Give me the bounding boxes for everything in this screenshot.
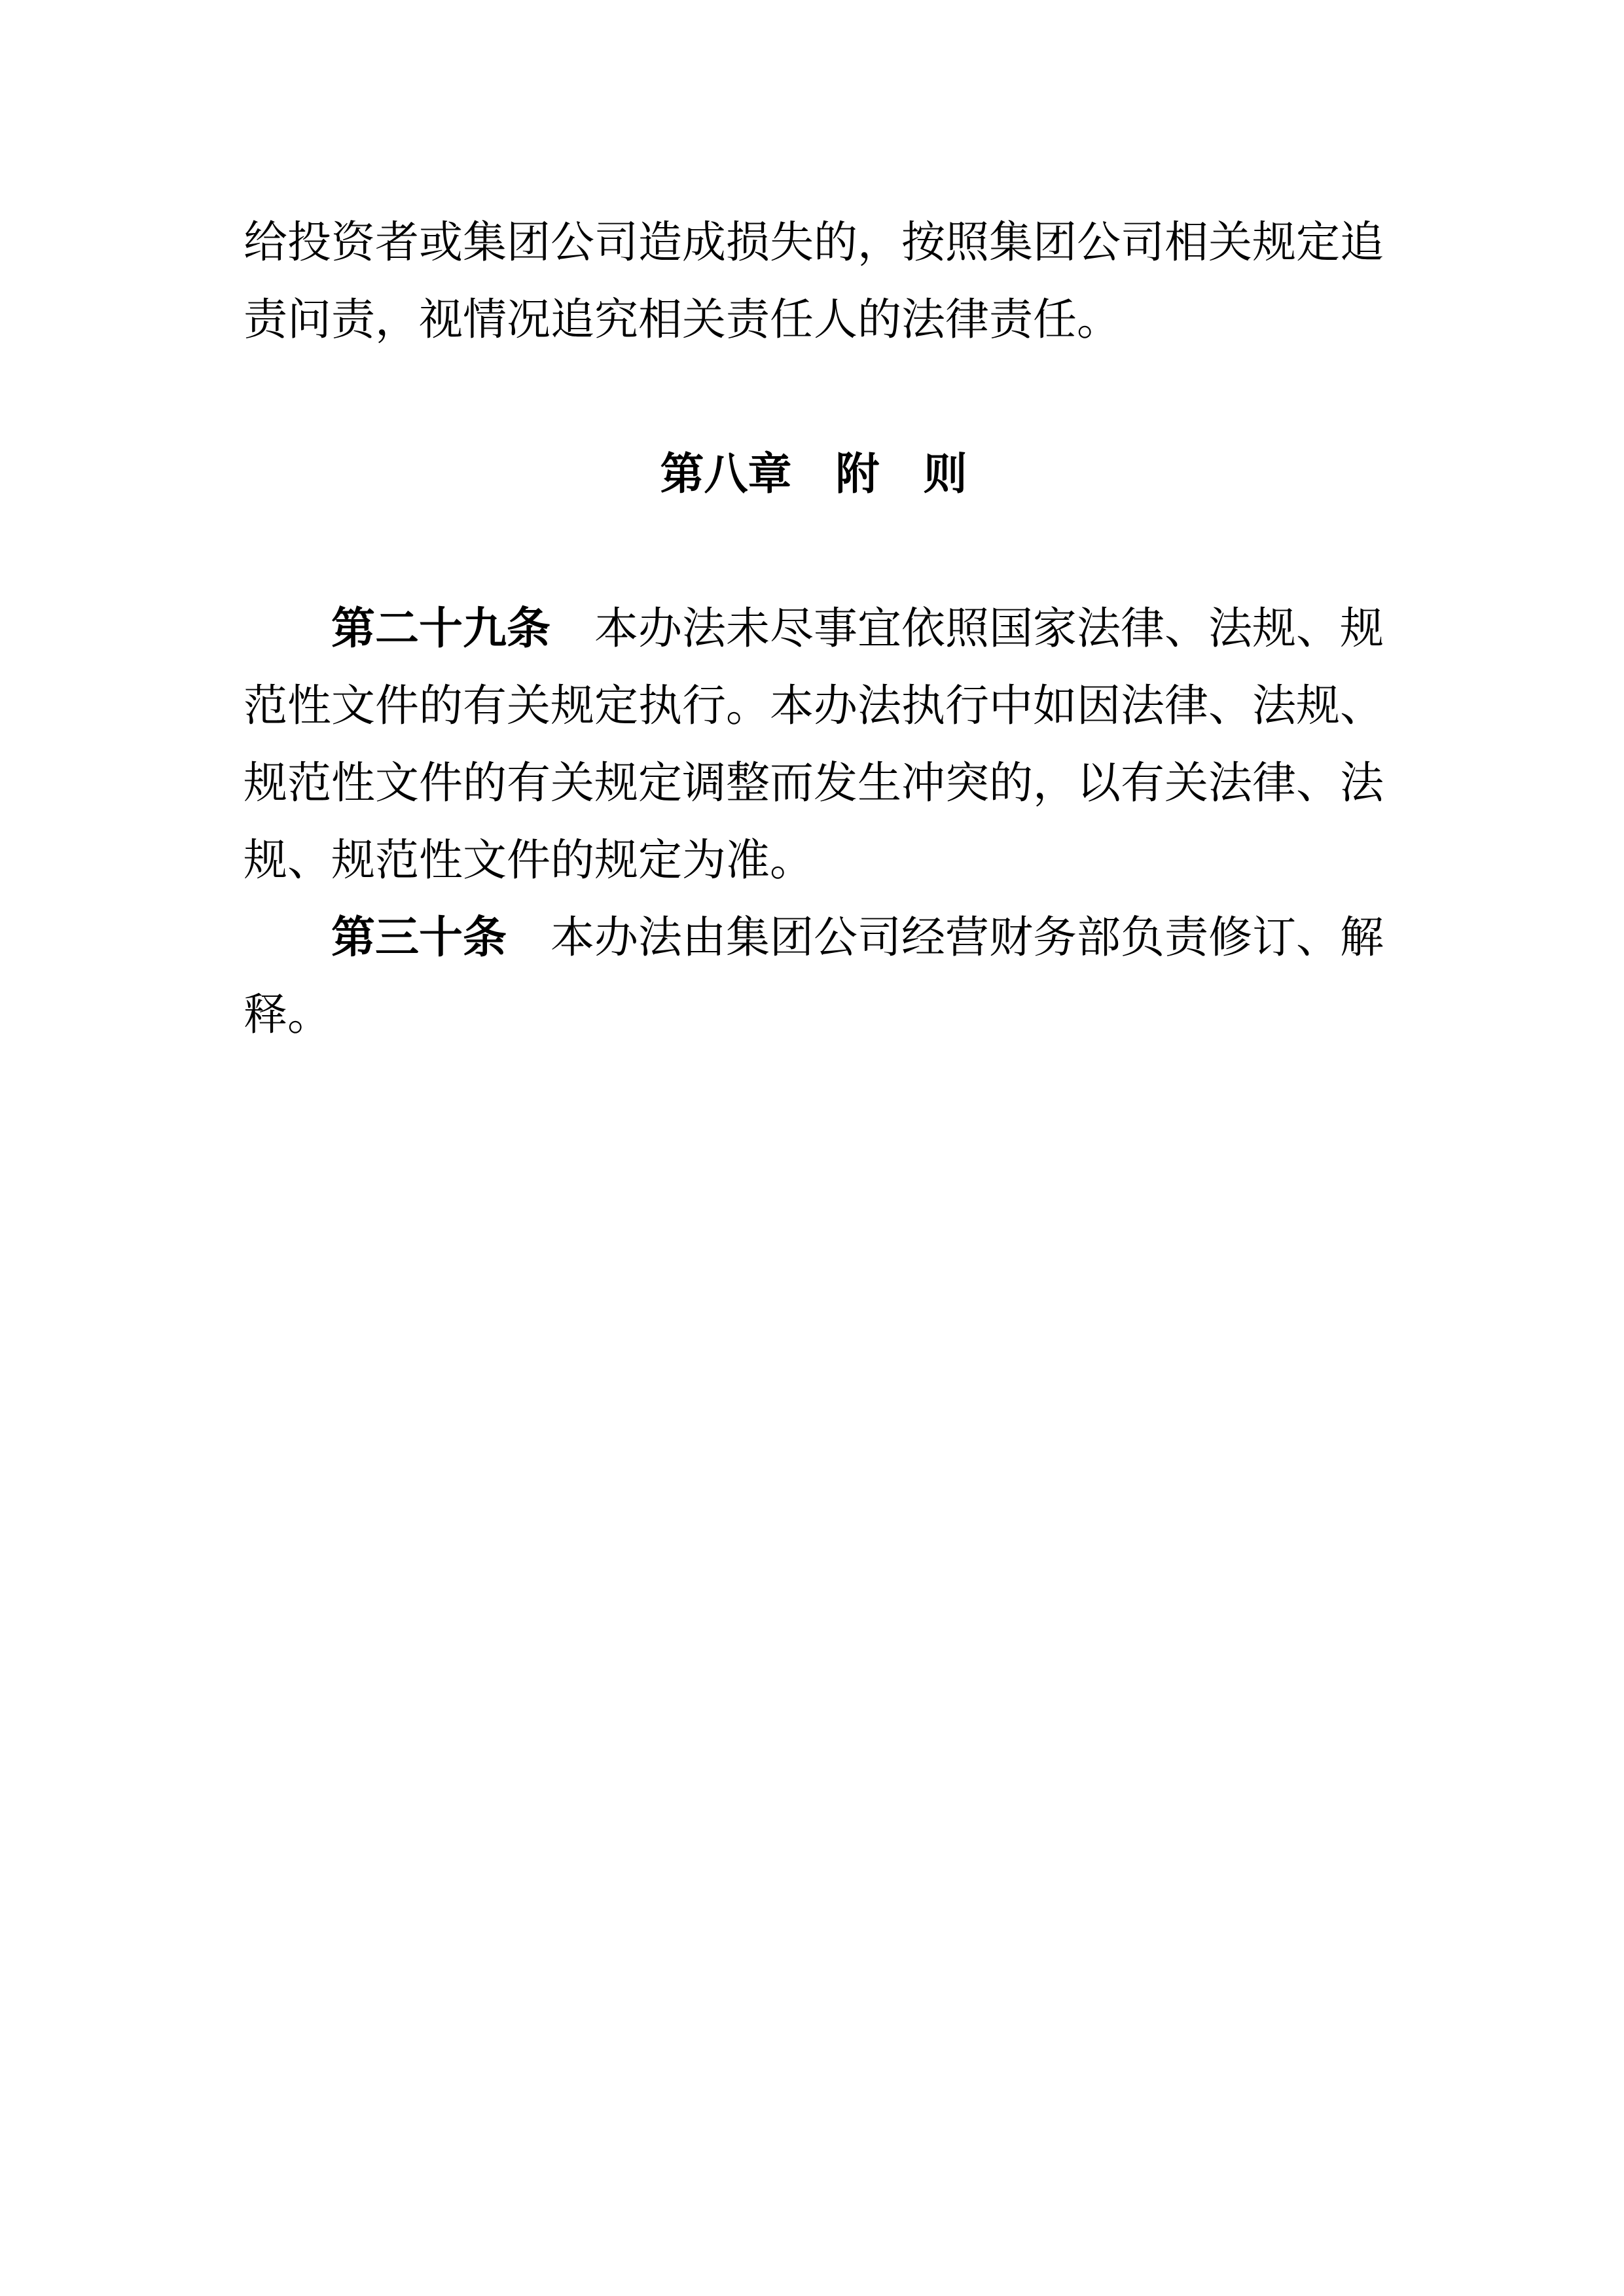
document-page: 给投资者或集团公司造成损失的，按照集团公司相关规定追 责问责，视情况追究相关责任… bbox=[0, 0, 1624, 2296]
article-29-paragraph: 第二十九条 本办法未尽事宜依照国家法律、法规、规 范性文件的有关规定执行。本办法… bbox=[244, 590, 1384, 899]
article-29-first-line: 第二十九条 本办法未尽事宜依照国家法律、法规、规 bbox=[244, 590, 1384, 668]
article-30-number: 第三十条 bbox=[331, 913, 507, 962]
article-29-first-line-text: 本办法未尽事宜依照国家法律、法规、规 bbox=[550, 605, 1384, 653]
body-line: 责问责，视情况追究相关责任人的法律责任。 bbox=[244, 281, 1384, 359]
article-30-first-line: 第三十条 本办法由集团公司经营财务部负责修订、解 bbox=[244, 899, 1384, 977]
body-line: 规、规范性文件的规定为准。 bbox=[244, 822, 1384, 899]
body-line: 范性文件的有关规定执行。本办法执行中如因法律、法规、 bbox=[244, 668, 1384, 745]
article-30-paragraph: 第三十条 本办法由集团公司经营财务部负责修订、解 释。 bbox=[244, 899, 1384, 1054]
continuation-paragraph: 给投资者或集团公司造成损失的，按照集团公司相关规定追 责问责，视情况追究相关责任… bbox=[244, 204, 1384, 359]
body-line: 给投资者或集团公司造成损失的，按照集团公司相关规定追 bbox=[244, 204, 1384, 281]
body-line: 释。 bbox=[244, 977, 1384, 1054]
body-line: 规范性文件的有关规定调整而发生冲突的，以有关法律、法 bbox=[244, 745, 1384, 822]
article-29-number: 第二十九条 bbox=[331, 604, 550, 653]
article-30-first-line-text: 本办法由集团公司经营财务部负责修订、解 bbox=[507, 914, 1384, 962]
chapter-heading: 第八章 附 则 bbox=[244, 436, 1384, 513]
document-body: 给投资者或集团公司造成损失的，按照集团公司相关规定追 责问责，视情况追究相关责任… bbox=[244, 204, 1384, 1054]
